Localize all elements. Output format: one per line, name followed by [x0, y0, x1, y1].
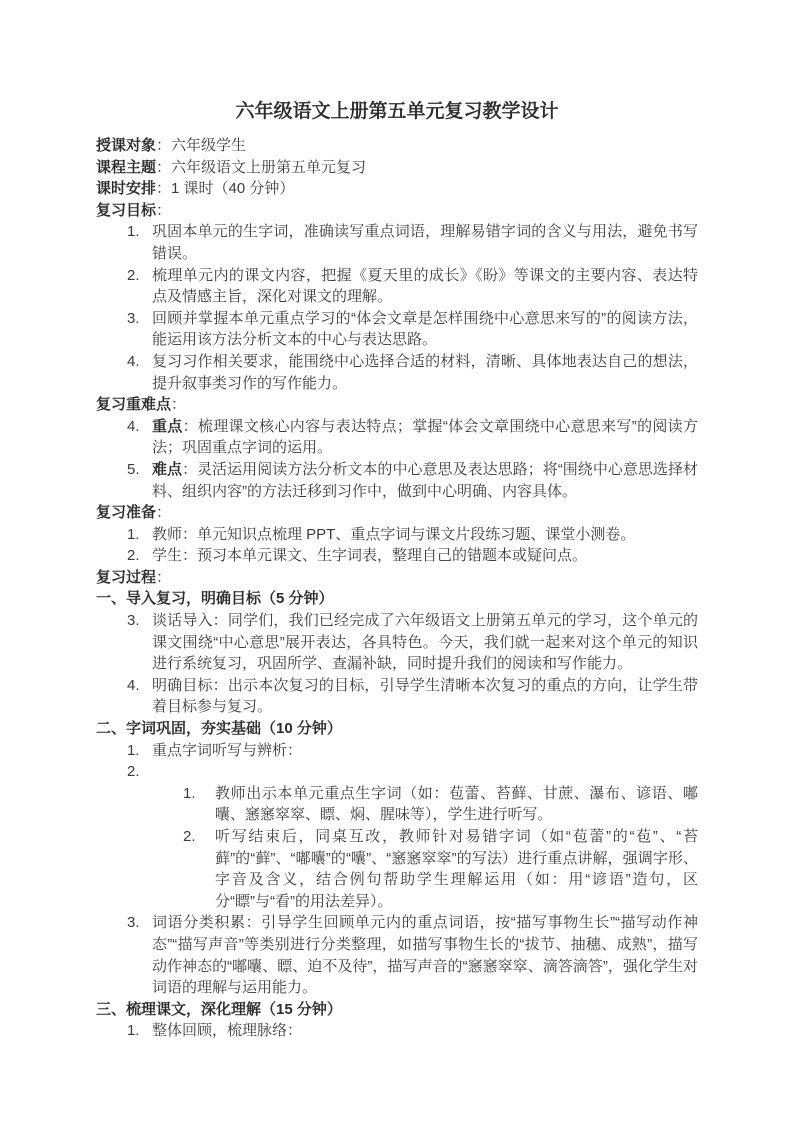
list-item-number: 1.	[127, 1020, 152, 1042]
list-item-text: 梳理单元内的课文内容，把握《夏天里的成长》《盼》等课文的主要内容、表达特点及情感…	[152, 265, 698, 308]
text-run: ：	[156, 202, 171, 219]
list-item: 3.词语分类积累：引导学生回顾单元内的重点词语，按“描写事物生长”“描写动作神态…	[96, 912, 698, 998]
bold-text-run: 重点	[152, 418, 183, 435]
bold-text-run: 复习过程	[96, 569, 156, 586]
list-item-number: 2.	[183, 826, 215, 848]
list-item-text: 回顾并掌握本单元重点学习的“体会文章是怎样围绕中心意思来写的”的阅读方法，能运用…	[152, 308, 698, 351]
bold-text-run: 复习目标	[96, 202, 156, 219]
section-heading: 一、导入复习，明确目标（5 分钟）	[96, 588, 698, 610]
list-item-number: 1.	[127, 524, 152, 546]
paragraph: 授课对象：六年级学生	[96, 135, 698, 157]
list-item: 2.梳理单元内的课文内容，把握《夏天里的成长》《盼》等课文的主要内容、表达特点及…	[96, 265, 698, 308]
list-item-text: 重点：梳理课文核心内容与表达特点；掌握“体会文章围绕中心意思来写”的阅读方法；巩…	[152, 416, 698, 459]
bold-text-run: 复习重难点	[96, 396, 171, 413]
text-run: ：	[156, 504, 171, 521]
list-item-text: 巩固本单元的生字词，准确读写重点词语，理解易错字词的含义与用法，避免书写错误。	[152, 221, 698, 264]
text-run: 教师出示本单元重点生字词（如：苞蕾、苔藓、甘蔗、瀑布、谚语、嘟囔、窸窸窣窣、瞟、…	[215, 785, 698, 824]
paragraph: 复习准备：	[96, 502, 698, 524]
list-item-number: 4.	[127, 675, 152, 697]
list-item-number: 1.	[183, 783, 215, 805]
numbered-list-level-1: 1.整体回顾，梳理脉络：	[96, 1020, 698, 1042]
text-run: 听写结束后，同桌互改，教师针对易错字词（如“苞蕾”的“苞”、“苔藓”的“藓”、“…	[215, 828, 698, 910]
list-item-number: 1.	[127, 221, 152, 243]
paragraph: 复习过程：	[96, 567, 698, 589]
list-item-text: 词语分类积累：引导学生回顾单元内的重点词语，按“描写事物生长”“描写动作神态”“…	[152, 912, 698, 998]
page-title: 六年级语文上册第五单元复习教学设计	[96, 97, 698, 126]
list-item-number: 5.	[127, 459, 152, 481]
list-item-number: 2.	[127, 545, 152, 567]
list-item: 1.教师：单元知识点梳理 PPT、重点字词与课文片段练习题、课堂小测卷。	[96, 524, 698, 546]
numbered-list-level-1: 1.重点字词听写与辨析：2.	[96, 740, 698, 783]
paragraph: 课程主题：六年级语文上册第五单元复习	[96, 157, 698, 179]
list-item-text: 整体回顾，梳理脉络：	[152, 1020, 698, 1042]
bold-text-run: 课时安排	[96, 180, 156, 197]
list-item: 2.学生：预习本单元课文、生字词表，整理自己的错题本或疑问点。	[96, 545, 698, 567]
numbered-list-level-1: 3.词语分类积累：引导学生回顾单元内的重点词语，按“描写事物生长”“描写动作神态…	[96, 912, 698, 998]
list-item-text: 重点字词听写与辨析：	[152, 740, 698, 762]
list-item-text: 明确目标：出示本次复习的目标，引导学生清晰本次复习的重点的方向，让学生带着目标参…	[152, 675, 698, 718]
text-run: ：1 课时（40 分钟）	[156, 180, 294, 197]
text-run: 回顾并掌握本单元重点学习的“体会文章是怎样围绕中心意思来写的”的阅读方法，能运用…	[152, 310, 698, 349]
list-item-text: 教师出示本单元重点生字词（如：苞蕾、苔藓、甘蔗、瀑布、谚语、嘟囔、窸窸窣窣、瞟、…	[215, 783, 698, 826]
list-item-number: 1.	[127, 740, 152, 762]
numbered-list-level-1: 1.巩固本单元的生字词，准确读写重点词语，理解易错字词的含义与用法，避免书写错误…	[96, 221, 698, 394]
text-run: ：梳理课文核心内容与表达特点；掌握“体会文章围绕中心意思来写”的阅读方法；巩固重…	[152, 418, 698, 457]
numbered-list-level-1: 4.重点：梳理课文核心内容与表达特点；掌握“体会文章围绕中心意思来写”的阅读方法…	[96, 416, 698, 502]
document-body: 授课对象：六年级学生课程主题：六年级语文上册第五单元复习课时安排：1 课时（40…	[96, 135, 698, 1042]
text-run: 教师：单元知识点梳理 PPT、重点字词与课文片段练习题、课堂小测卷。	[152, 526, 635, 543]
bold-text-run: 复习准备	[96, 504, 156, 521]
text-run: 梳理单元内的课文内容，把握《夏天里的成长》《盼》等课文的主要内容、表达特点及情感…	[152, 267, 698, 306]
text-run: 谈话导入：同学们，我们已经完成了六年级语文上册第五单元的学习，这个单元的课文围绕…	[152, 612, 698, 672]
text-run: ：	[156, 569, 171, 586]
list-item: 2.听写结束后，同桌互改，教师针对易错字词（如“苞蕾”的“苞”、“苔藓”的“藓”…	[96, 826, 698, 912]
paragraph: 复习重难点：	[96, 394, 698, 416]
list-item: 3.谈话导入：同学们，我们已经完成了六年级语文上册第五单元的学习，这个单元的课文…	[96, 610, 698, 675]
list-item-text: 复习习作相关要求，能围绕中心选择合适的材料，清晰、具体地表达自己的想法，提升叙事…	[152, 351, 698, 394]
list-item-text: 学生：预习本单元课文、生字词表，整理自己的错题本或疑问点。	[152, 545, 698, 567]
bold-text-run: 难点	[152, 461, 182, 478]
list-item: 4.复习习作相关要求，能围绕中心选择合适的材料，清晰、具体地表达自己的想法，提升…	[96, 351, 698, 394]
text-run: 词语分类积累：引导学生回顾单元内的重点词语，按“描写事物生长”“描写动作神态”“…	[152, 914, 698, 996]
list-item: 3.回顾并掌握本单元重点学习的“体会文章是怎样围绕中心意思来写的”的阅读方法，能…	[96, 308, 698, 351]
list-item-number: 3.	[127, 912, 152, 934]
bold-text-run: 授课对象	[96, 137, 156, 154]
text-run: 巩固本单元的生字词，准确读写重点词语，理解易错字词的含义与用法，避免书写错误。	[152, 223, 698, 262]
text-run: 学生：预习本单元课文、生字词表，整理自己的错题本或疑问点。	[152, 547, 587, 564]
list-item-number: 2.	[127, 761, 152, 783]
paragraph: 复习目标：	[96, 200, 698, 222]
paragraph: 课时安排：1 课时（40 分钟）	[96, 178, 698, 200]
list-item: 1.整体回顾，梳理脉络：	[96, 1020, 698, 1042]
text-run: ：灵活运用阅读方法分析文本的中心意思及表达思路；将“围绕中心意思选择材料、组织内…	[152, 461, 698, 500]
list-item-text: 谈话导入：同学们，我们已经完成了六年级语文上册第五单元的学习，这个单元的课文围绕…	[152, 610, 698, 675]
list-item-text: 教师：单元知识点梳理 PPT、重点字词与课文片段练习题、课堂小测卷。	[152, 524, 698, 546]
section-heading: 三、梳理课文，深化理解（15 分钟）	[96, 999, 698, 1021]
list-item: 1.教师出示本单元重点生字词（如：苞蕾、苔藓、甘蔗、瀑布、谚语、嘟囔、窸窸窣窣、…	[96, 783, 698, 826]
section-heading: 二、字词巩固，夯实基础（10 分钟）	[96, 718, 698, 740]
text-run: 重点字词听写与辨析：	[152, 742, 302, 759]
list-item-number: 3.	[127, 610, 152, 632]
list-item: 1.巩固本单元的生字词，准确读写重点词语，理解易错字词的含义与用法，避免书写错误…	[96, 221, 698, 264]
document-page: 六年级语文上册第五单元复习教学设计 授课对象：六年级学生课程主题：六年级语文上册…	[0, 0, 794, 1123]
list-item-number: 4.	[127, 351, 152, 373]
list-item: 5.难点：灵活运用阅读方法分析文本的中心意思及表达思路；将“围绕中心意思选择材料…	[96, 459, 698, 502]
text-run: ：六年级语文上册第五单元复习	[156, 159, 366, 176]
bold-text-run: 课程主题	[96, 159, 156, 176]
list-item: 4.明确目标：出示本次复习的目标，引导学生清晰本次复习的重点的方向，让学生带着目…	[96, 675, 698, 718]
list-item-text: 难点：灵活运用阅读方法分析文本的中心意思及表达思路；将“围绕中心意思选择材料、组…	[152, 459, 698, 502]
text-run: 复习习作相关要求，能围绕中心选择合适的材料，清晰、具体地表达自己的想法，提升叙事…	[152, 353, 698, 392]
list-item-number: 2.	[127, 265, 152, 287]
numbered-list-level-2: 1.教师出示本单元重点生字词（如：苞蕾、苔藓、甘蔗、瀑布、谚语、嘟囔、窸窸窣窣、…	[96, 783, 698, 913]
list-item-text	[152, 761, 698, 783]
numbered-list-level-1: 3.谈话导入：同学们，我们已经完成了六年级语文上册第五单元的学习，这个单元的课文…	[96, 610, 698, 718]
text-run: 整体回顾，梳理脉络：	[152, 1022, 302, 1039]
list-item: 1.重点字词听写与辨析：	[96, 740, 698, 762]
list-item-number: 3.	[127, 308, 152, 330]
list-item-number: 4.	[127, 416, 152, 438]
list-item-text: 听写结束后，同桌互改，教师针对易错字词（如“苞蕾”的“苞”、“苔藓”的“藓”、“…	[215, 826, 698, 912]
numbered-list-level-1: 1.教师：单元知识点梳理 PPT、重点字词与课文片段练习题、课堂小测卷。2.学生…	[96, 524, 698, 567]
list-item: 2.	[96, 761, 698, 783]
text-run: 明确目标：出示本次复习的目标，引导学生清晰本次复习的重点的方向，让学生带着目标参…	[152, 677, 698, 716]
text-run: ：六年级学生	[156, 137, 246, 154]
list-item: 4.重点：梳理课文核心内容与表达特点；掌握“体会文章围绕中心意思来写”的阅读方法…	[96, 416, 698, 459]
text-run: ：	[171, 396, 186, 413]
